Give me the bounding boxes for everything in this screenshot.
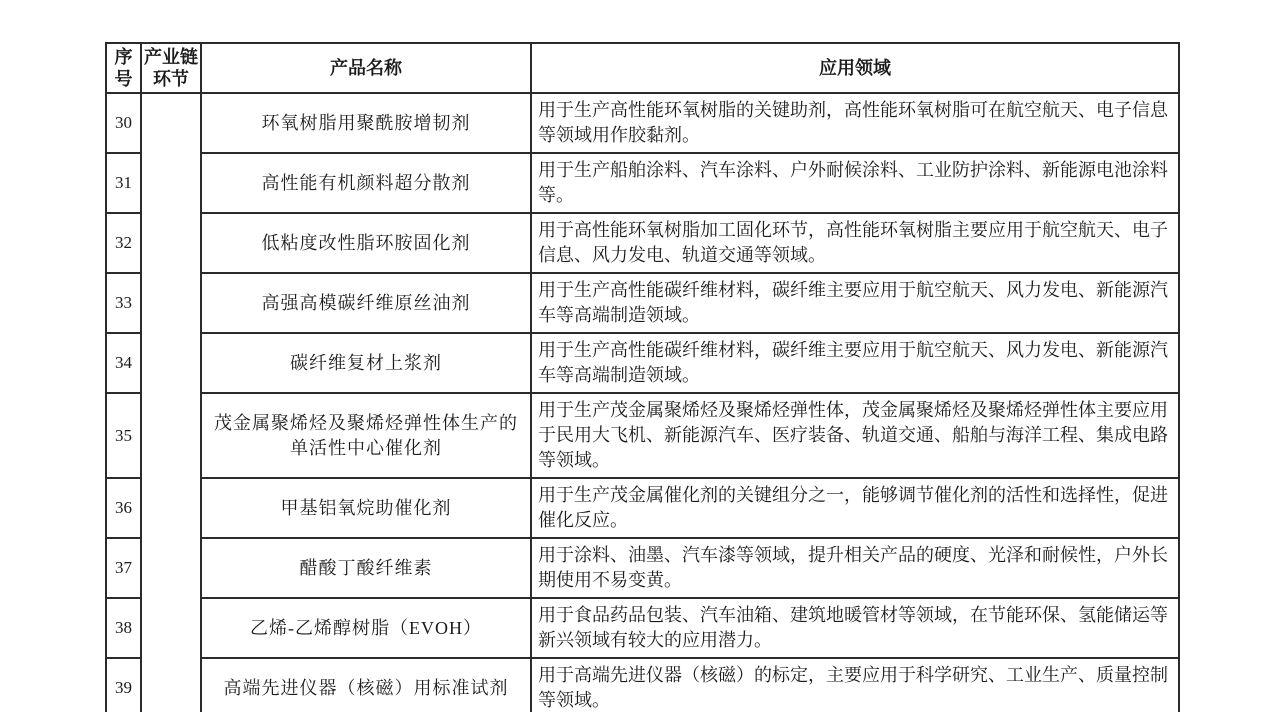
application-text: 用于生产船舶涂料、汽车涂料、户外耐候涂料、工业防护涂料、新能源电池涂料等。 [531,153,1179,213]
table-row: 39 高端先进仪器（核磁）用标准试剂 用于高端先进仪器（核磁）的标定，主要应用于… [106,658,1179,712]
row-number: 39 [106,658,141,712]
product-name: 碳纤维复材上浆剂 [201,333,531,393]
row-number: 31 [106,153,141,213]
product-name: 高性能有机颜料超分散剂 [201,153,531,213]
header-no: 序 号 [106,43,141,93]
application-text: 用于涂料、油墨、汽车漆等领域，提升相关产品的硬度、光泽和耐候性，户外长期使用不易… [531,538,1179,598]
table-row: 34 碳纤维复材上浆剂 用于生产高性能碳纤维材料，碳纤维主要应用于航空航天、风力… [106,333,1179,393]
product-name: 环氧树脂用聚酰胺增韧剂 [201,93,531,153]
application-text: 用于高性能环氧树脂加工固化环节，高性能环氧树脂主要应用于航空航天、电子信息、风力… [531,213,1179,273]
row-number: 36 [106,478,141,538]
document-page: 序 号 产业链 环节 产品名称 应用领域 30 环氧树脂用聚酰胺增韧剂 用于生产… [0,0,1280,712]
application-text: 用于生产高性能环氧树脂的关键助剂，高性能环氧树脂可在航空航天、电子信息等领域用作… [531,93,1179,153]
chain-cell-merged [141,93,201,712]
application-text: 用于生产茂金属催化剂的关键组分之一，能够调节催化剂的活性和选择性，促进催化反应。 [531,478,1179,538]
product-name: 醋酸丁酸纤维素 [201,538,531,598]
table-row: 36 甲基铝氧烷助催化剂 用于生产茂金属催化剂的关键组分之一，能够调节催化剂的活… [106,478,1179,538]
product-name: 高强高模碳纤维原丝油剂 [201,273,531,333]
row-number: 37 [106,538,141,598]
row-number: 30 [106,93,141,153]
row-number: 38 [106,598,141,658]
table-header-row: 序 号 产业链 环节 产品名称 应用领域 [106,43,1179,93]
row-number: 32 [106,213,141,273]
table-row: 33 高强高模碳纤维原丝油剂 用于生产高性能碳纤维材料，碳纤维主要应用于航空航天… [106,273,1179,333]
table-row: 37 醋酸丁酸纤维素 用于涂料、油墨、汽车漆等领域，提升相关产品的硬度、光泽和耐… [106,538,1179,598]
materials-table: 序 号 产业链 环节 产品名称 应用领域 30 环氧树脂用聚酰胺增韧剂 用于生产… [105,42,1180,712]
header-product: 产品名称 [201,43,531,93]
table-row: 35 茂金属聚烯烃及聚烯烃弹性体生产的单活性中心催化剂 用于生产茂金属聚烯烃及聚… [106,393,1179,478]
table-row: 38 乙烯-乙烯醇树脂（EVOH） 用于食品药品包装、汽车油箱、建筑地暖管材等领… [106,598,1179,658]
table-row: 31 高性能有机颜料超分散剂 用于生产船舶涂料、汽车涂料、户外耐候涂料、工业防护… [106,153,1179,213]
table-body: 30 环氧树脂用聚酰胺增韧剂 用于生产高性能环氧树脂的关键助剂，高性能环氧树脂可… [106,93,1179,712]
application-text: 用于生产高性能碳纤维材料，碳纤维主要应用于航空航天、风力发电、新能源汽车等高端制… [531,273,1179,333]
product-name: 低粘度改性脂环胺固化剂 [201,213,531,273]
product-name: 乙烯-乙烯醇树脂（EVOH） [201,598,531,658]
application-text: 用于高端先进仪器（核磁）的标定，主要应用于科学研究、工业生产、质量控制等领域。 [531,658,1179,712]
row-number: 34 [106,333,141,393]
product-name: 茂金属聚烯烃及聚烯烃弹性体生产的单活性中心催化剂 [201,393,531,478]
row-number: 35 [106,393,141,478]
header-chain: 产业链 环节 [141,43,201,93]
product-name: 高端先进仪器（核磁）用标准试剂 [201,658,531,712]
application-text: 用于生产茂金属聚烯烃及聚烯烃弹性体，茂金属聚烯烃及聚烯烃弹性体主要应用于民用大飞… [531,393,1179,478]
table-row: 30 环氧树脂用聚酰胺增韧剂 用于生产高性能环氧树脂的关键助剂，高性能环氧树脂可… [106,93,1179,153]
application-text: 用于生产高性能碳纤维材料，碳纤维主要应用于航空航天、风力发电、新能源汽车等高端制… [531,333,1179,393]
header-application: 应用领域 [531,43,1179,93]
application-text: 用于食品药品包装、汽车油箱、建筑地暖管材等领域，在节能环保、氢能储运等新兴领域有… [531,598,1179,658]
row-number: 33 [106,273,141,333]
table-row: 32 低粘度改性脂环胺固化剂 用于高性能环氧树脂加工固化环节，高性能环氧树脂主要… [106,213,1179,273]
product-name: 甲基铝氧烷助催化剂 [201,478,531,538]
